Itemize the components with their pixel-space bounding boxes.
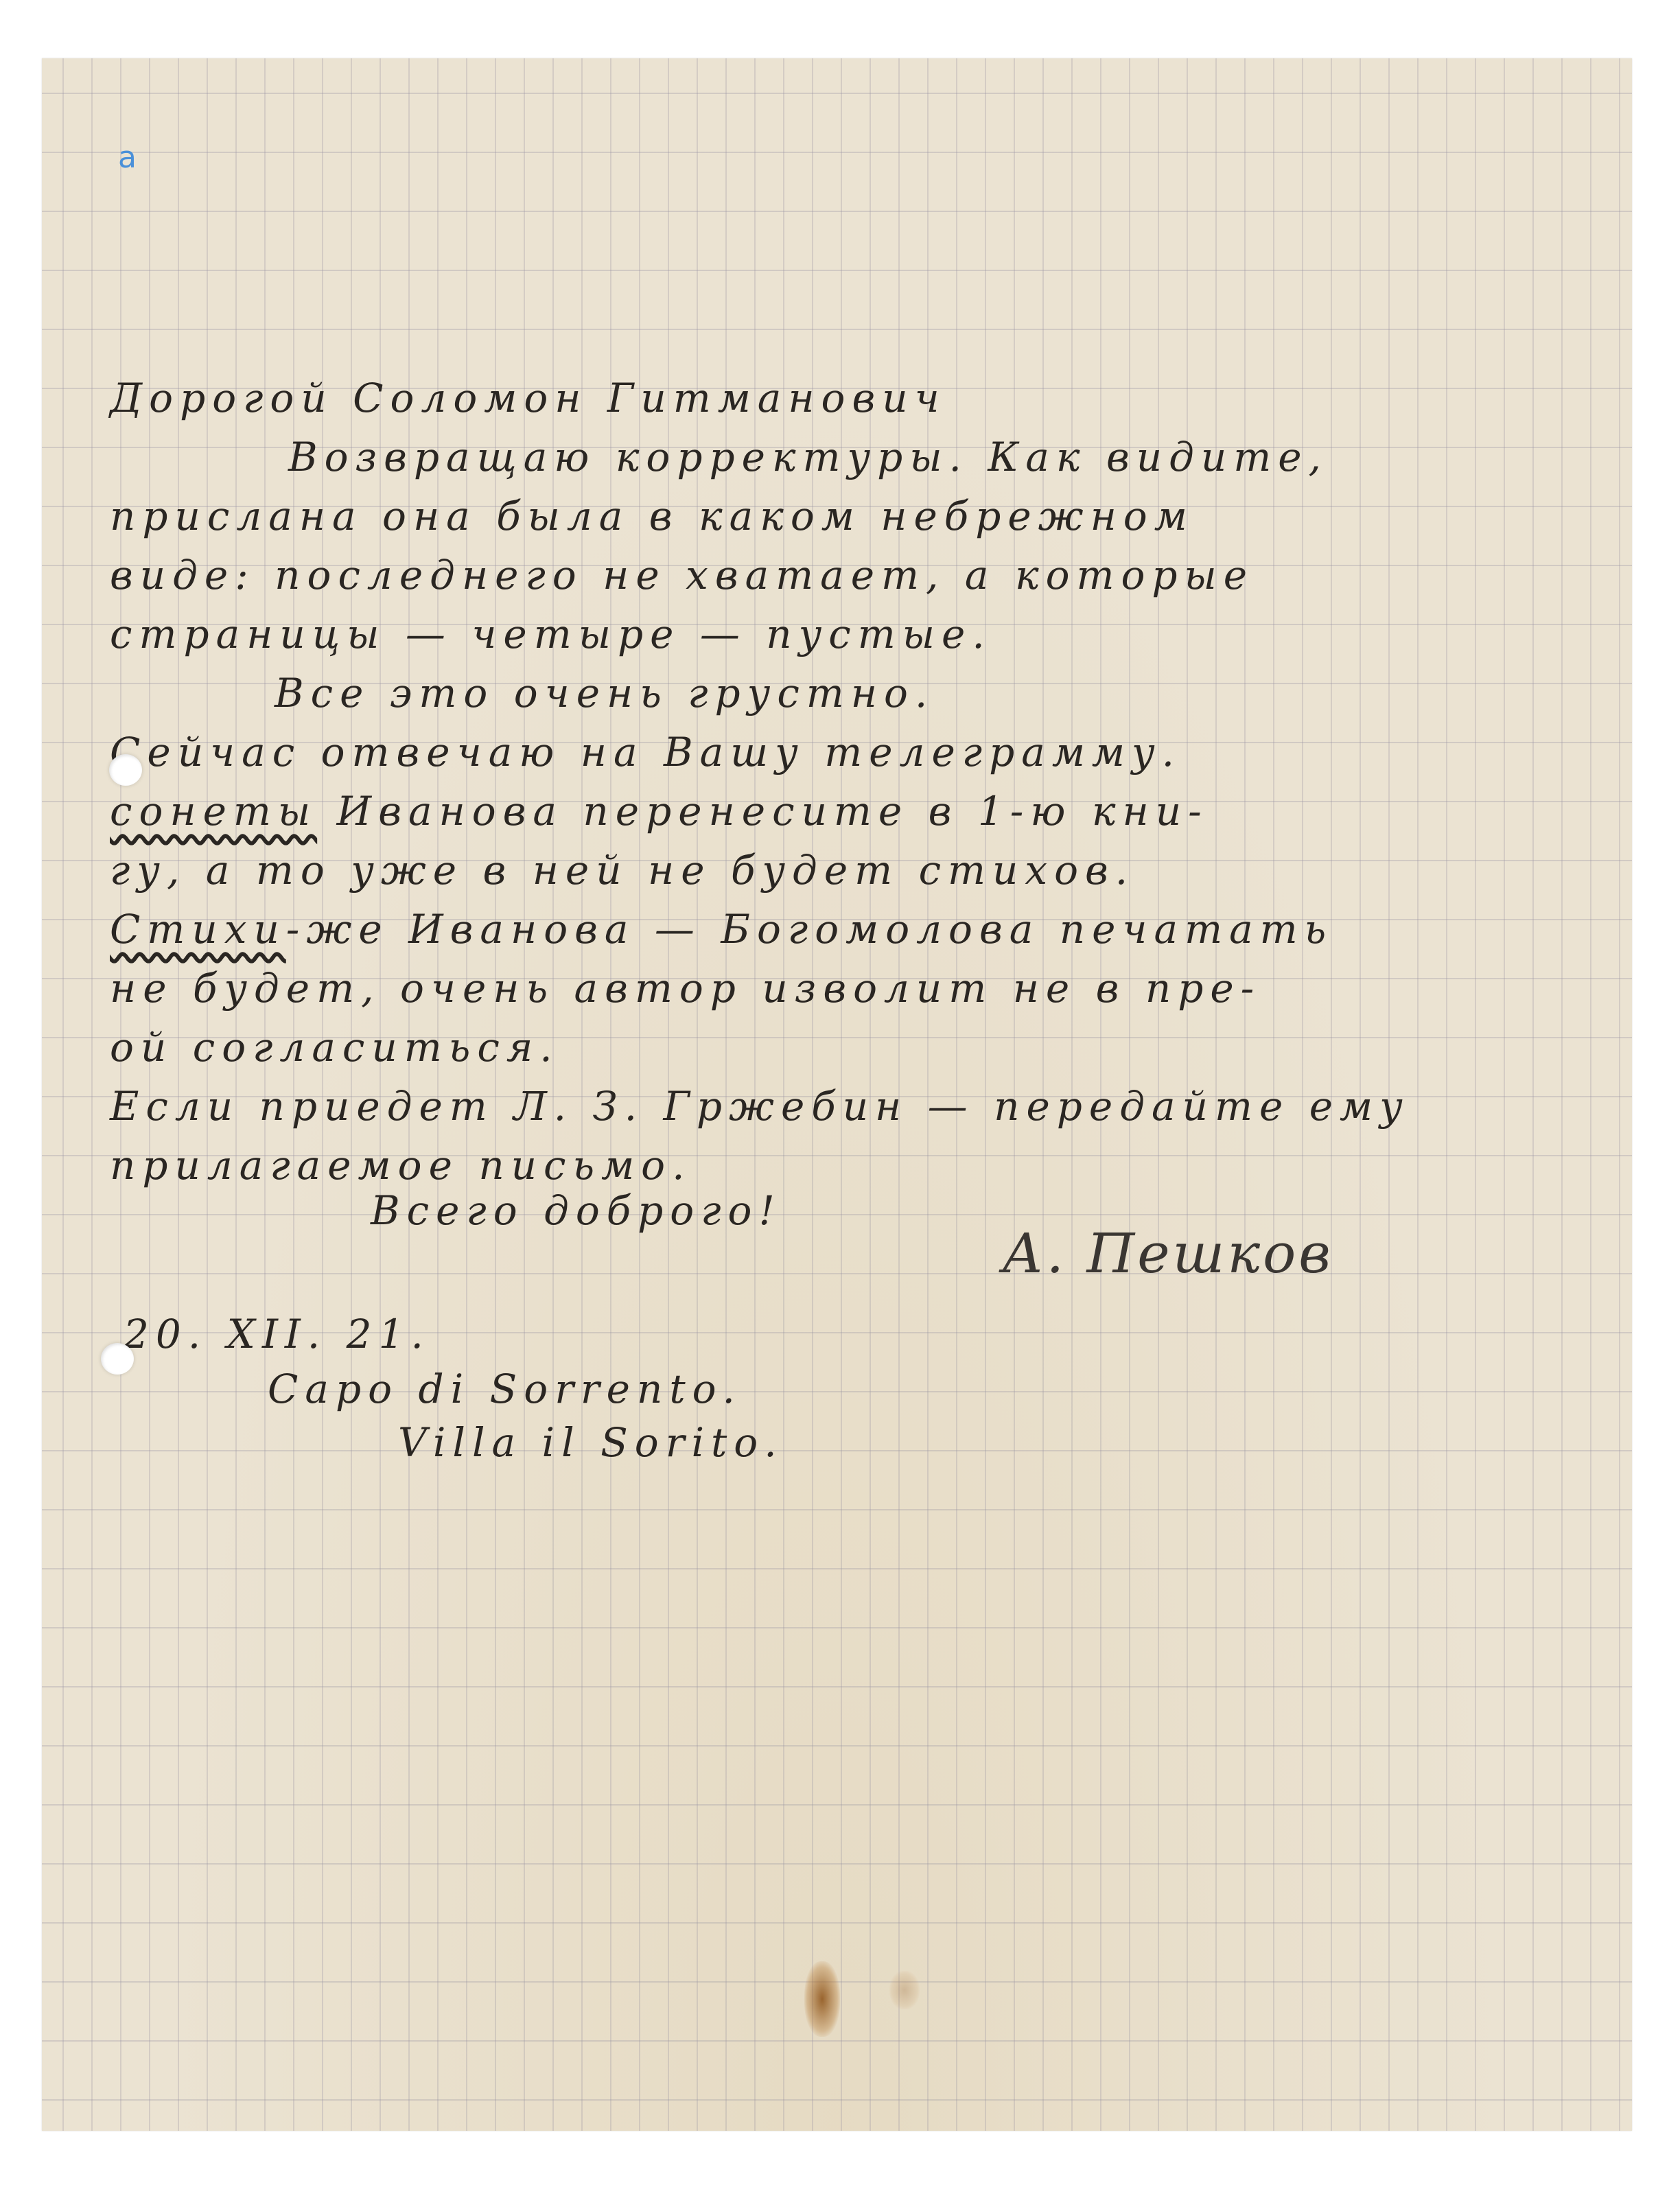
date: 20. XII. 21.: [124, 1311, 430, 1357]
body-line-10: не будет, очень автор изволит не в пре-: [110, 965, 1261, 1012]
body-line-12: Если приедет Л. З. Гржебин — передайте е…: [110, 1083, 1410, 1130]
body-line-5: Все это очень грустно.: [275, 670, 934, 716]
body-line-9: Стихи-же Иванова — Богомолова печатать: [110, 906, 1333, 953]
body-line-2: прислана она была в каком небрежном: [110, 493, 1194, 539]
ink-stain: [804, 1961, 840, 2037]
body-line-13: прилагаемое письмо.: [110, 1142, 692, 1189]
body-line-1: Возвращаю корректуры. Как видите,: [288, 434, 1328, 480]
underlined-word: Стихи: [110, 906, 286, 953]
underlined-word: сонеты: [110, 788, 317, 834]
address-line-2: Villa il Sorito.: [398, 1419, 784, 1466]
salutation: Дорогой Соломон Гитманович: [110, 375, 946, 421]
body-line-8: гу, а то уже в ней не будет стихов.: [110, 847, 1134, 893]
closing: Всего доброго!: [371, 1187, 782, 1234]
punch-hole: [101, 1343, 134, 1375]
signature: А. Пешков: [1002, 1222, 1333, 1285]
body-line-11: ой согласиться.: [110, 1024, 559, 1071]
punch-hole: [109, 754, 142, 786]
body-line-7: сонеты Все сонеты Иванова перенесите в 1…: [110, 788, 1209, 834]
body-line-6: Сейчас отвечаю на Вашу телеграмму.: [110, 729, 1181, 775]
body-line-3: виде: последнего не хватает, а которые: [110, 552, 1254, 598]
body-line-4: страницы — четыре — пустые.: [110, 611, 992, 657]
archive-mark: a: [118, 140, 137, 175]
faint-stain: [889, 1971, 920, 2009]
address-line-1: Capo di Sorrento.: [268, 1366, 742, 1412]
